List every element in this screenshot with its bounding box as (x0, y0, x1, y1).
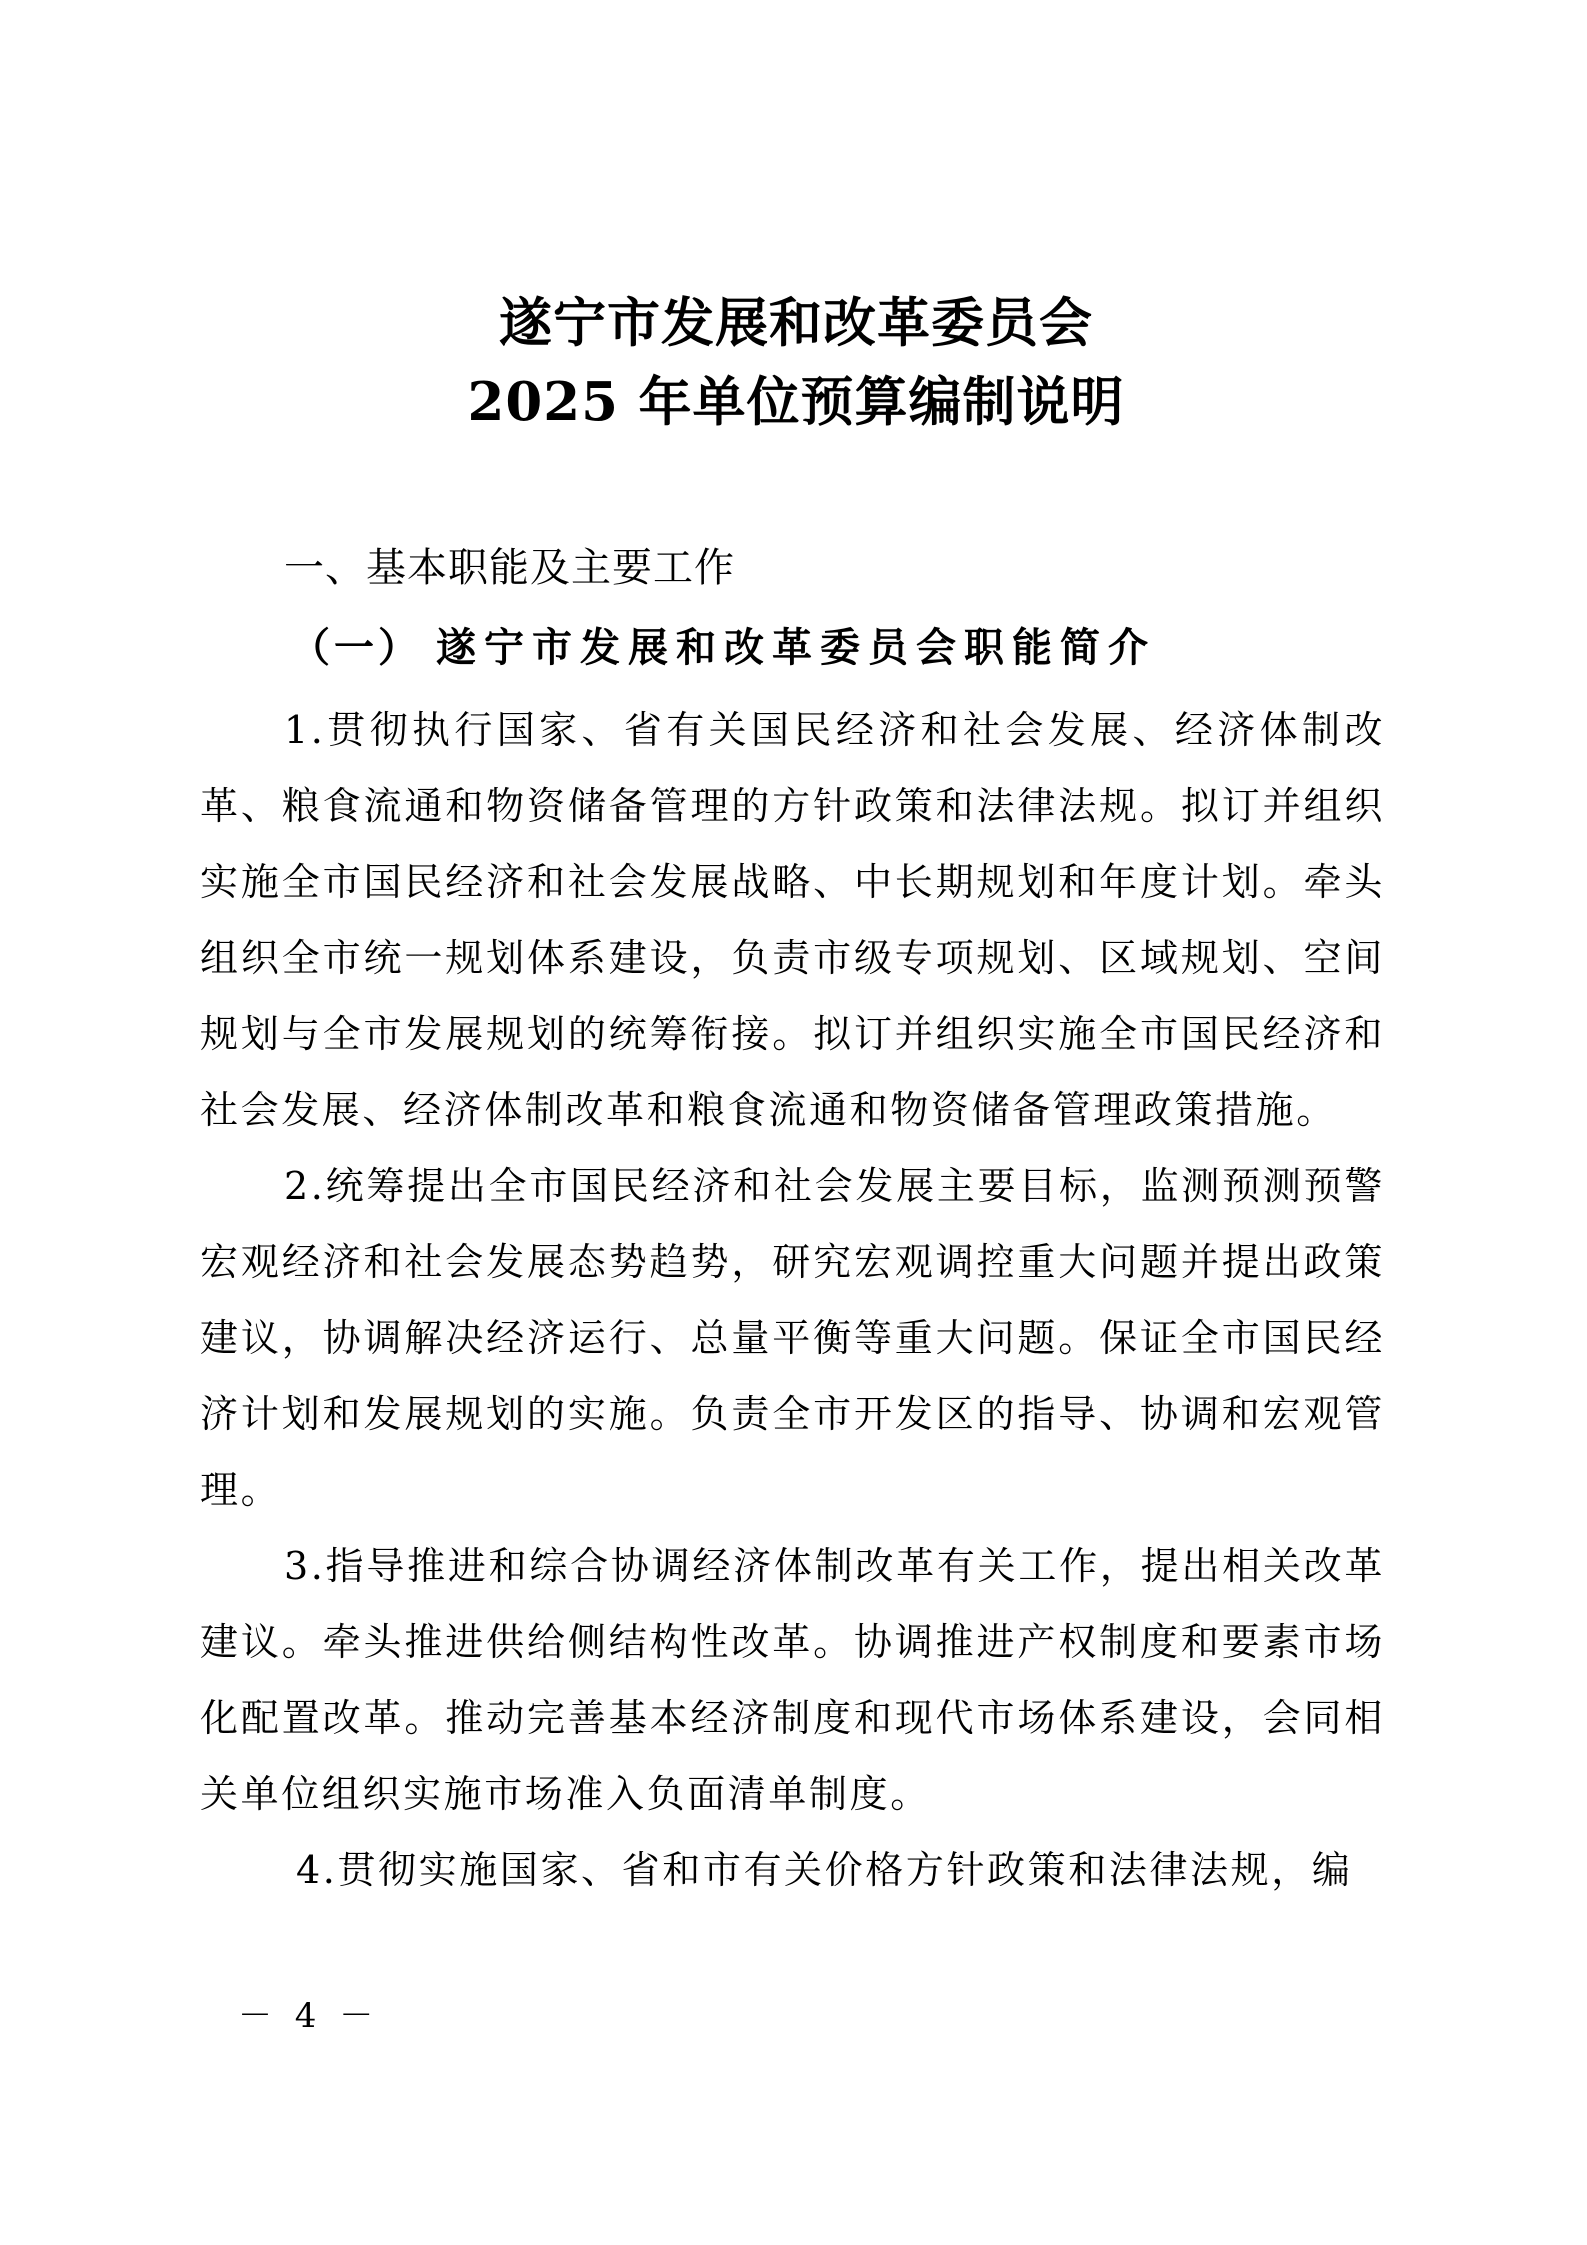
section-heading: 一、基本职能及主要工作 (284, 543, 735, 593)
subsection-number: （一） (290, 624, 422, 671)
paragraph-2: 2.统筹提出全市国民经济和社会发展主要目标，监测预测预警宏观经济和社会发展态势趋… (200, 1148, 1385, 1528)
subsection-title: 遂宁市发展和改革委员会职能简介 (436, 624, 1156, 671)
body-text: 1.贯彻执行国家、省有关国民经济和社会发展、经济体制改革、粮食流通和物资储备管理… (200, 692, 1385, 1908)
title-line-1: 遂宁市发展和改革委员会 (0, 284, 1587, 363)
document-page: 遂宁市发展和改革委员会 2025 年单位预算编制说明 一、基本职能及主要工作 （… (0, 0, 1587, 2245)
title-line-2: 2025 年单位预算编制说明 (0, 363, 1587, 442)
document-title: 遂宁市发展和改革委员会 2025 年单位预算编制说明 (0, 284, 1587, 442)
paragraph-4: 4.贯彻实施国家、省和市有关价格方针政策和法律法规，编 (200, 1832, 1385, 1908)
page-number: － 4 － (238, 1994, 379, 2038)
subsection-heading: （一）遂宁市发展和改革委员会职能简介 (290, 623, 1156, 673)
paragraph-1: 1.贯彻执行国家、省有关国民经济和社会发展、经济体制改革、粮食流通和物资储备管理… (200, 692, 1385, 1148)
paragraph-3: 3.指导推进和综合协调经济体制改革有关工作，提出相关改革建议。牵头推进供给侧结构… (200, 1528, 1385, 1832)
